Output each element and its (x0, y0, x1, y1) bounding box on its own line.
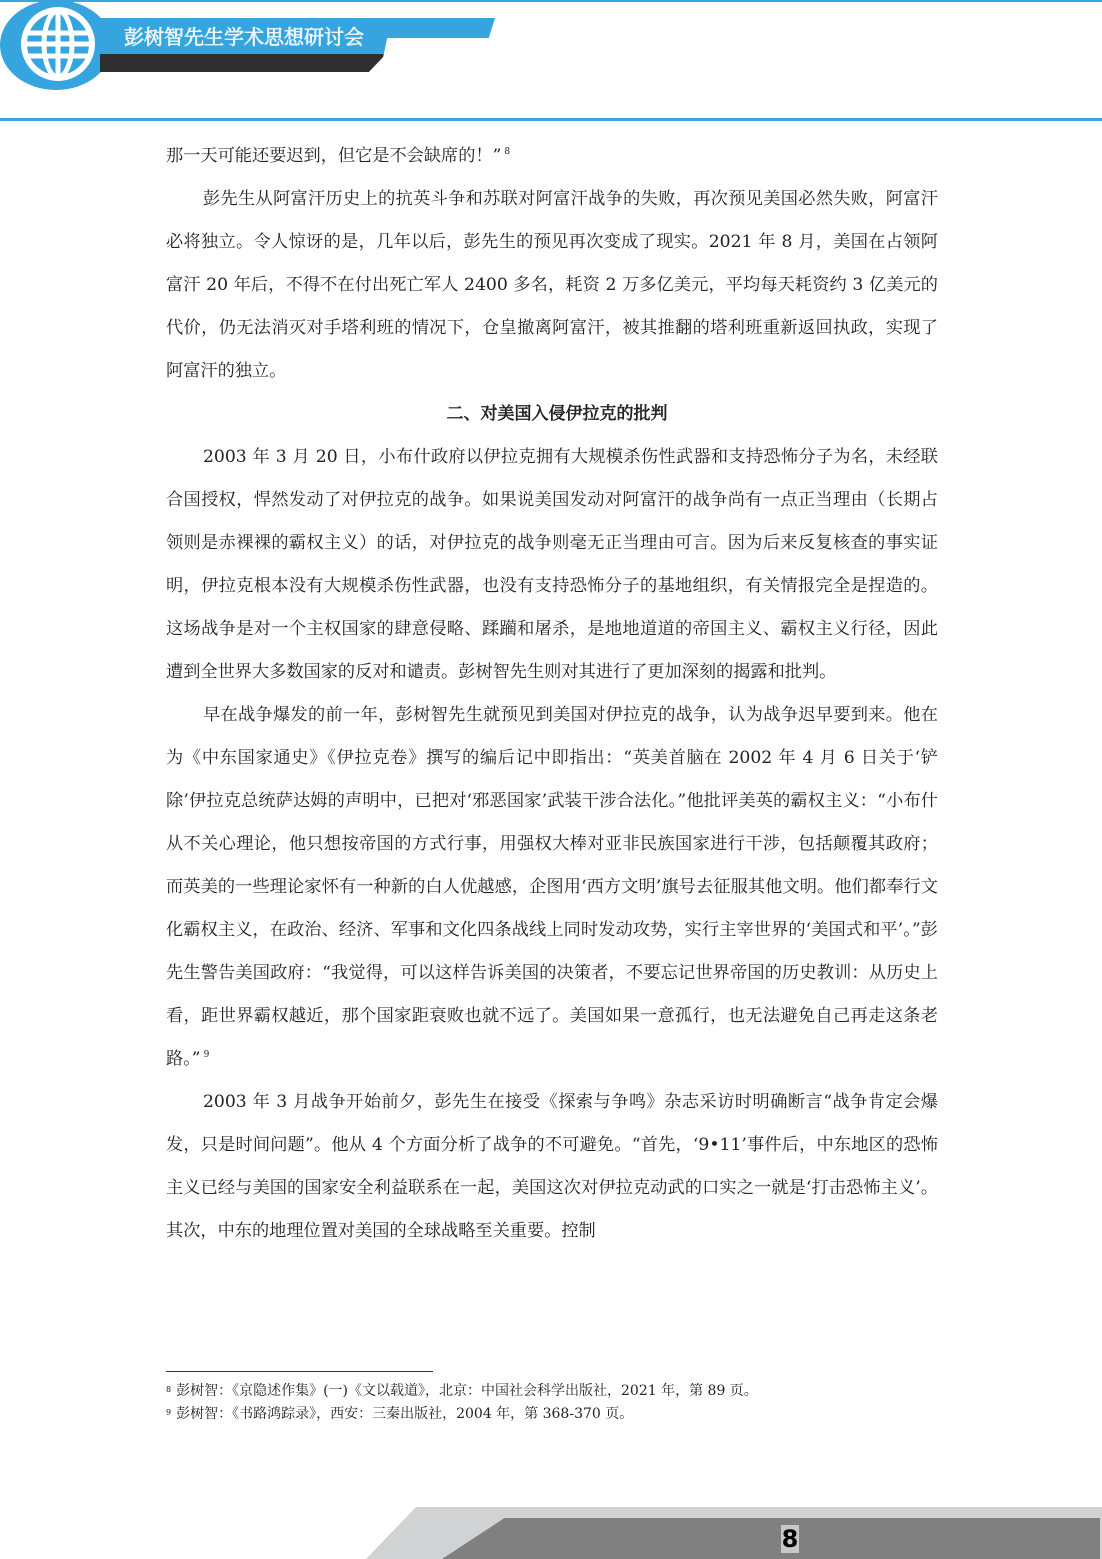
paragraph-text: 早在战争爆发的前一年，彭树智先生就预见到美国对伊拉克的战争，认为战争迟早要到来。… (166, 705, 938, 1069)
footnotes: 8彭树智：《京隐述作集》(一)《文以载道》，北京：中国社会科学出版社，2021 … (166, 1380, 926, 1426)
paragraph: 彭先生从阿富汗历史上的抗英斗争和苏联对阿富汗战争的失败，再次预见美国必然失败，阿… (166, 178, 938, 393)
footnote-number: 9 (166, 1408, 171, 1417)
footnote: 8彭树智：《京隐述作集》(一)《文以载道》，北京：中国社会科学出版社，2021 … (166, 1380, 926, 1403)
header-title: 彭树智先生学术思想研讨会 (124, 22, 364, 52)
footnote-divider (166, 1371, 433, 1372)
header-banner-shadow (100, 54, 386, 72)
paragraph-text: 那一天可能还要迟到，但它是不会缺席的！” (166, 146, 501, 166)
footnote-ref[interactable]: 8 (504, 147, 510, 157)
footnote-number: 8 (166, 1385, 171, 1394)
paragraph: 早在战争爆发的前一年，彭树智先生就预见到美国对伊拉克的战争，认为战争迟早要到来。… (166, 694, 938, 1081)
paragraph-text: 彭先生从阿富汗历史上的抗英斗争和苏联对阿富汗战争的失败，再次预见美国必然失败，阿… (166, 189, 938, 381)
header-banner-cut (380, 38, 500, 72)
paragraph-text: 2003 年 3 月战争开始前夕，彭先生在接受《探索与争鸣》杂志采访时明确断言“… (166, 1092, 938, 1241)
footer-band-dark (442, 1518, 1100, 1559)
footnote-text: 彭树智：《京隐述作集》(一)《文以载道》，北京：中国社会科学出版社，2021 年… (176, 1383, 758, 1399)
document-body: 那一天可能还要迟到，但它是不会缺席的！”8 彭先生从阿富汗历史上的抗英斗争和苏联… (166, 135, 938, 1253)
footnote-text: 彭树智：《书路鸿踪录》，西安：三秦出版社，2004 年，第 368-370 页。 (176, 1406, 633, 1422)
paragraph-text: 2003 年 3 月 20 日，小布什政府以伊拉克拥有大规模杀伤性武器和支持恐怖… (166, 447, 938, 682)
paragraph: 2003 年 3 月 20 日，小布什政府以伊拉克拥有大规模杀伤性武器和支持恐怖… (166, 436, 938, 694)
header-top-rule (0, 0, 1102, 2)
footnote-ref[interactable]: 9 (204, 1050, 210, 1060)
paragraph: 2003 年 3 月战争开始前夕，彭先生在接受《探索与争鸣》杂志采访时明确断言“… (166, 1081, 938, 1253)
header-bottom-rule (0, 118, 1102, 121)
page-number: 8 (781, 1525, 799, 1553)
footnote: 9彭树智：《书路鸿踪录》，西安：三秦出版社，2004 年，第 368-370 页… (166, 1403, 926, 1426)
globe-icon (0, 0, 112, 90)
section-heading: 二、对美国入侵伊拉克的批判 (166, 393, 938, 436)
paragraph: 那一天可能还要迟到，但它是不会缺席的！”8 (166, 135, 938, 178)
